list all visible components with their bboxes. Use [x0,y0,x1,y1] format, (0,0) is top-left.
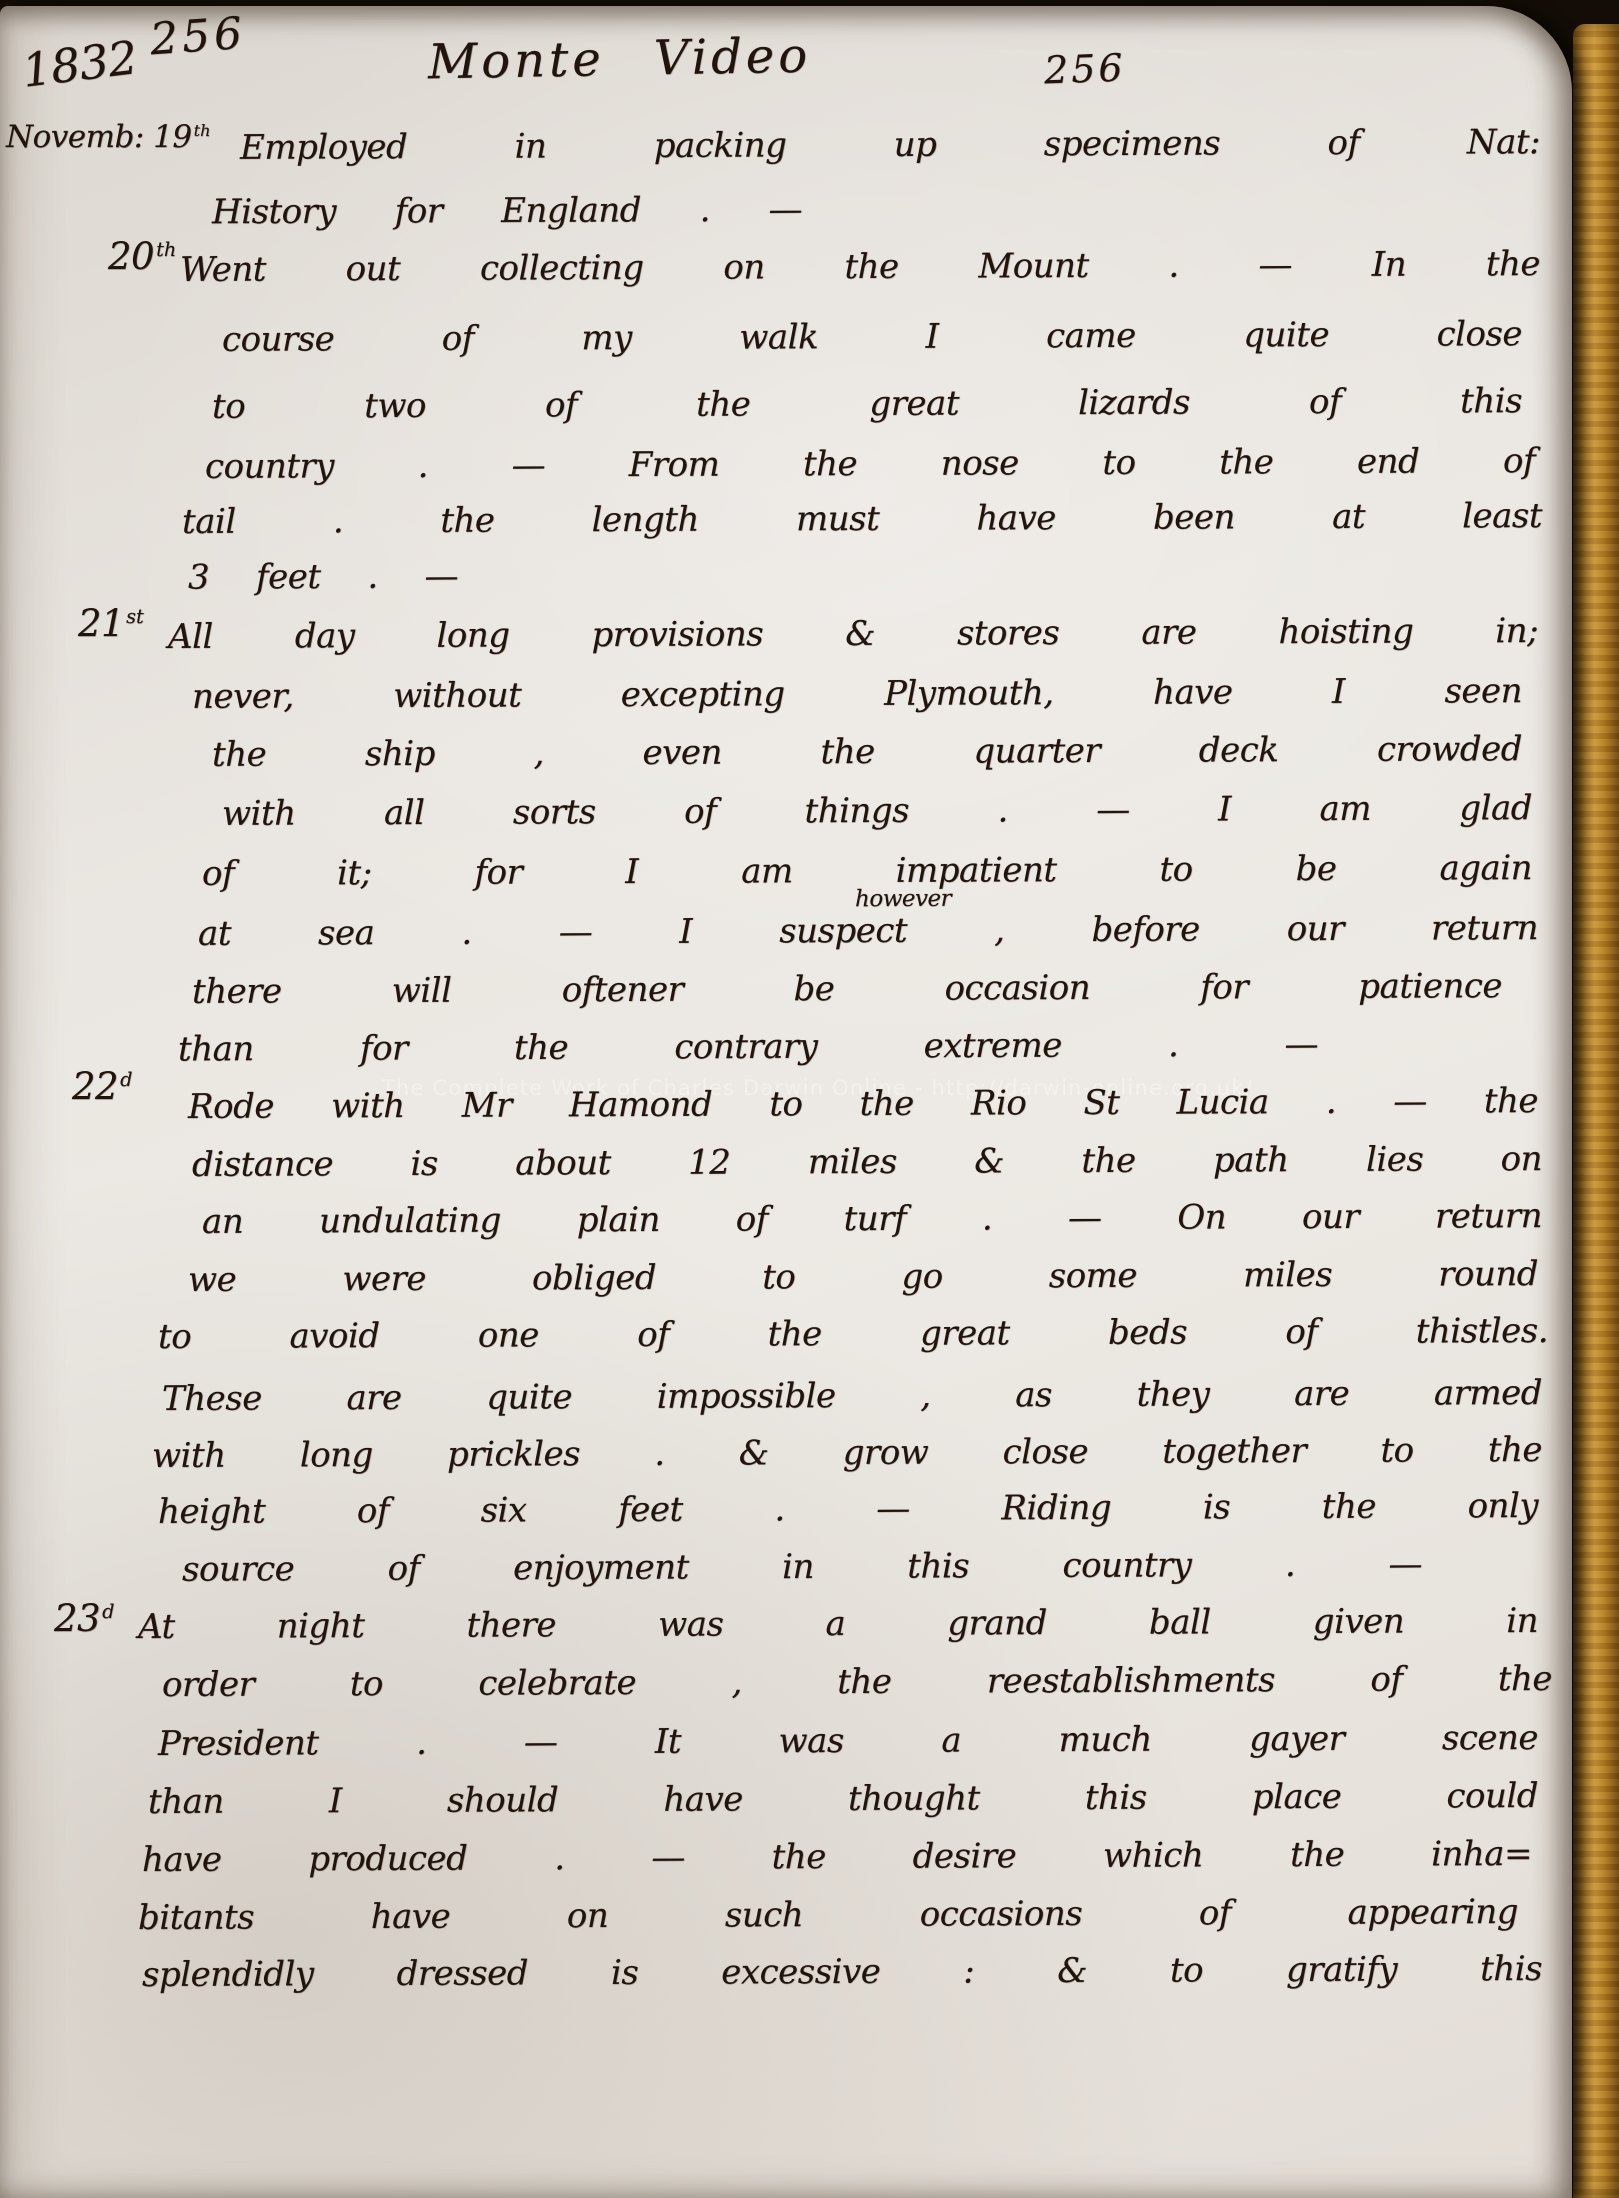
manuscript-line: to avoid one of the great beds of thistl… [158,1312,1548,1357]
manuscript-line: Employed in packing up specimens of Nat: [240,123,1540,168]
manuscript-line: bitants have on such occasions of appear… [138,1893,1518,1938]
manuscript-line: with long prickles . & grow close togeth… [152,1431,1542,1476]
entry-date: 21st [78,603,144,646]
manuscript-line: to two of the great lizards of this [212,382,1522,427]
manuscript-line: course of my walk I came quite close [222,315,1522,360]
manuscript-line: with all sorts of things . — I am glad [222,789,1532,834]
manuscript-line: country . — From the nose to the end of [205,442,1535,487]
entry-date: 22d [72,1066,132,1109]
manuscript-line: All day long provisions & stores are hoi… [168,612,1538,657]
manuscript-line: splendidly dressed is excessive : & to g… [142,1950,1542,1995]
manuscript-line: height of six feet . — Riding is the onl… [158,1487,1538,1532]
folio-number-right: 256 [1043,47,1126,94]
manuscript-line: Rode with Mr Hamond to the Rio St Lucia … [188,1082,1538,1127]
manuscript-line: at sea . — I suspect , before our return [198,909,1538,954]
manuscript-line: order to celebrate , the reestablishment… [162,1660,1552,1705]
page-title: Monte Video [428,29,812,91]
manuscript-line: we were obliged to go some miles round [188,1255,1538,1300]
manuscript-line: source of enjoyment in this country . — [182,1545,1422,1590]
manuscript-line: never, without excepting Plymouth, have … [192,672,1522,717]
manuscript-line: President . — It was a much gayer scene [158,1719,1538,1764]
manuscript-line: 3 feet . — [188,557,458,597]
manuscript-line: These are quite impossible , as they are… [162,1374,1542,1419]
year-annotation: 1832 [19,31,140,98]
entry-date: Novemb: 19th [6,120,211,156]
manuscript-line: than for the contrary extreme . — [178,1026,1318,1070]
manuscript-layer: 1832 256 Monte Video 256 The Complete Wo… [0,0,1619,2198]
manuscript-line: an undulating plain of turf . — On our r… [202,1197,1542,1242]
manuscript-line: than I should have thought this place co… [148,1777,1538,1822]
manuscript-line: have produced . — the desire which the i… [142,1835,1532,1880]
manuscript-line: At night there was a grand ball given in [138,1602,1538,1647]
manuscript-line: however [855,886,951,913]
manuscript-line: distance is about 12 miles & the path li… [192,1140,1542,1185]
manuscript-line: History for England . — [212,191,802,233]
manuscript-line: there will oftener be occasion for patie… [192,967,1502,1012]
manuscript-line: the ship , even the quarter deck crowded [212,730,1522,775]
manuscript-line: Went out collecting on the Mount . — In … [180,245,1540,290]
folio-number-left: 256 [148,9,247,66]
journal-photo: 1832 256 Monte Video 256 The Complete Wo… [0,0,1619,2198]
entry-date: 20th [108,236,176,279]
manuscript-line: tail . the length must have been at leas… [182,497,1542,542]
entry-date: 23d [54,1598,114,1641]
